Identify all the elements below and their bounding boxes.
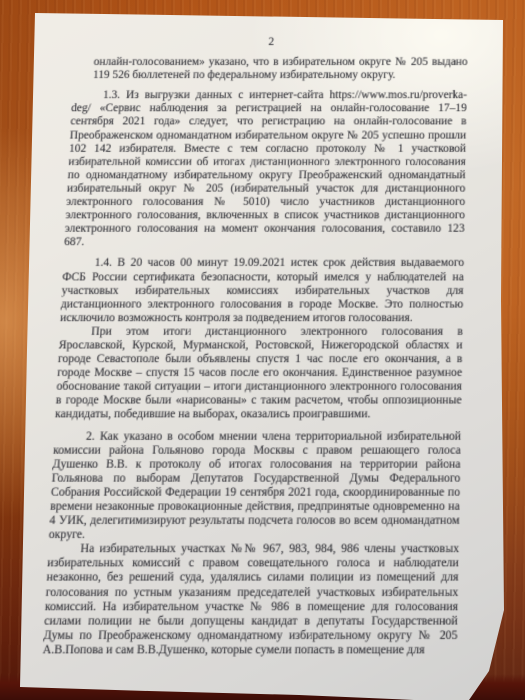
paragraph-2: 2. Как указано в особом мнении члена тер… [48,430,461,543]
paper-sheet: 2 онлайн-голосованием» указано, что в из… [0,0,525,700]
paragraph-continuation: онлайн-голосованием» указано, что в изби… [73,56,468,82]
paragraph-polling-stations: На избирательных участках №№ 967, 983, 9… [42,543,459,658]
page-number: 2 [74,36,468,49]
document-text: 2 онлайн-голосованием» указано, что в из… [42,36,468,658]
paragraph-1-3: 1.3. Из выгрузки данных с интернет-сайта… [64,89,467,249]
paragraph-results-delay: При этом итоги дистанционного электронно… [55,325,463,422]
photo-scene: 2 онлайн-голосованием» указано, что в из… [0,0,525,700]
paragraph-1-4: 1.4. В 20 часов 00 минут 19.09.2021 исте… [60,257,464,325]
